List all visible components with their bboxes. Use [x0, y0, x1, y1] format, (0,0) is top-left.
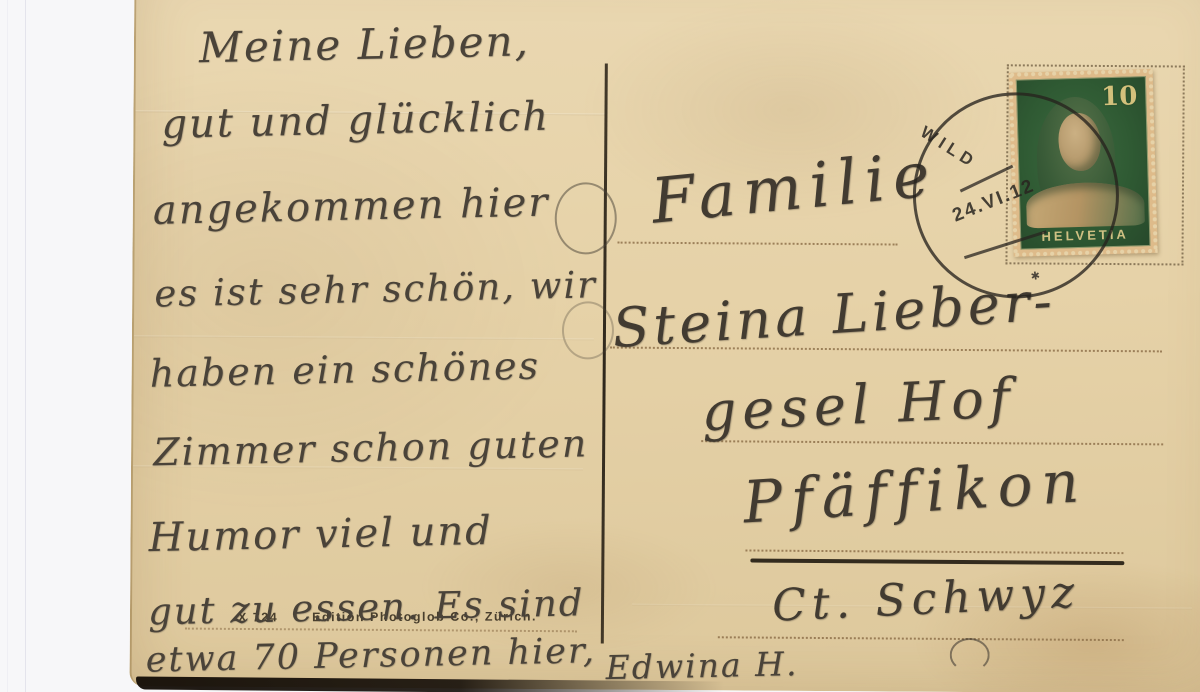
postmark-bar [964, 230, 1047, 258]
stamp-denomination: 10 [1101, 81, 1138, 112]
message-line: angekommen hier [152, 180, 549, 234]
address-dotted-line [745, 549, 1123, 554]
postmark-star-mark: ✱ [1030, 269, 1041, 283]
message-line: Humor viel und [148, 508, 493, 561]
message-line: etwa 70 Personen hier, [145, 631, 596, 680]
pencil-circle-mark [555, 182, 618, 254]
pencil-circle-mark [562, 301, 614, 359]
pen-flourish-mark [950, 638, 990, 672]
paper-crease [134, 335, 594, 340]
address-line-familie: Familie [648, 137, 941, 238]
postmark-date: 24.VI.12 [950, 175, 1039, 227]
message-line: Meine Lieben, [198, 16, 530, 72]
message-line: Zimmer schon guten [153, 421, 589, 474]
address-line-canton: Ct. Schwyz [771, 567, 1081, 632]
message-line: haben ein schönes [149, 344, 540, 396]
pfaeffikon-underline [750, 559, 1124, 566]
scanner-margin-line [7, 0, 8, 692]
address-line-name2: gesel Hof [700, 366, 1017, 443]
address-dotted-line [718, 636, 1124, 641]
message-line: es ist sehr schön, wir [154, 263, 597, 315]
postmark-town: WILD [917, 122, 981, 173]
address-dotted-line [701, 440, 1163, 445]
scanner-margin-line [25, 0, 26, 692]
address-dotted-line [618, 242, 898, 246]
address-line-town: Pfäffikon [741, 447, 1090, 537]
message-line: gut zu essen. Es sind [148, 581, 585, 633]
message-line: gut und glücklich [161, 94, 550, 148]
scanned-postcard-image: X 724Edition Photoglob Co., Zürich. Mein… [0, 0, 1200, 692]
postcard-back: X 724Edition Photoglob Co., Zürich. Mein… [129, 0, 1200, 692]
